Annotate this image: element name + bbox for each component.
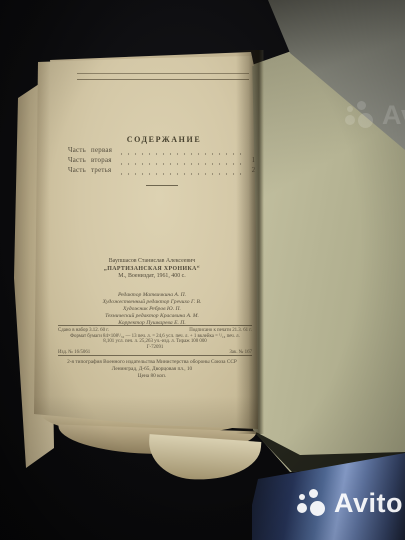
- printing-offset-line: [77, 73, 249, 80]
- section-divider: [146, 185, 178, 186]
- toc-entry: Часть третья 281: [68, 167, 262, 177]
- toc-entry-label: Часть первая: [68, 147, 112, 154]
- typography-line: 2-я типография Военного издательства Мин…: [54, 359, 250, 366]
- staff-block: Редактор Матвичкина А. П. Художественный…: [54, 292, 250, 327]
- dot-leader: [118, 173, 247, 175]
- toc-entry-label: Часть вторая: [68, 157, 112, 164]
- colophon-rule-top: [58, 325, 252, 326]
- book-spine-shadow: [236, 50, 264, 434]
- dot-leader: [118, 163, 246, 165]
- printing-data-block: Сдано в набор 3.12. 60 г. Подписано к пе…: [58, 328, 252, 356]
- avito-watermark-faint: Avito: [345, 100, 405, 131]
- avito-logo-icon: [345, 101, 375, 131]
- table-of-contents: Часть первая 3 Часть вторая 107 Часть тр…: [68, 147, 262, 177]
- page-edge-fan: [147, 434, 262, 484]
- toc-entry-label: Часть третья: [68, 167, 112, 174]
- imprint-author: Ваупшасов Станислав Алексеевич: [54, 258, 250, 266]
- watermark-text: Avito: [334, 488, 403, 519]
- imprint-book-title: „ПАРТИЗАНСКАЯ ХРОНИКА“: [54, 266, 250, 274]
- staff-line: Технический редактор Красавина А. М.: [54, 313, 250, 320]
- toc-entry: Часть вторая 107: [68, 157, 262, 167]
- typography-line: Ленинград, Д-65, Дворцовая пл., 10: [54, 366, 250, 373]
- avito-logo-icon: [297, 489, 327, 519]
- imprint-block: Ваупшасов Станислав Алексеевич „ПАРТИЗАН…: [54, 258, 250, 281]
- watermark-text: Avito: [382, 100, 405, 131]
- staff-line: Редактор Матвичкина А. П.: [54, 292, 250, 299]
- typography-line: Цена 80 коп.: [54, 373, 250, 380]
- colophon-rule-bottom: [58, 355, 252, 356]
- staff-line: Художник Ребров Ю. П.: [54, 306, 250, 313]
- book-photo: СОДЕРЖАНИЕ Часть первая 3 Часть вторая 1…: [0, 0, 405, 540]
- left-page: СОДЕРЖАНИЕ Часть первая 3 Часть вторая 1…: [34, 52, 262, 434]
- toc-title: СОДЕРЖАНИЕ: [68, 135, 260, 144]
- staff-line: Художественный редактор Гречихо Г. В.: [54, 299, 250, 306]
- typography-block: 2-я типография Военного издательства Мин…: [54, 359, 250, 381]
- imprint-publication: М., Воениздат, 1961, 400 с.: [54, 273, 250, 281]
- toc-entry: Часть первая 3: [68, 147, 262, 157]
- printing-set-date: Сдано в набор 3.12. 60 г.: [58, 328, 109, 334]
- dot-leader: [118, 153, 246, 155]
- avito-watermark: Avito: [297, 488, 403, 519]
